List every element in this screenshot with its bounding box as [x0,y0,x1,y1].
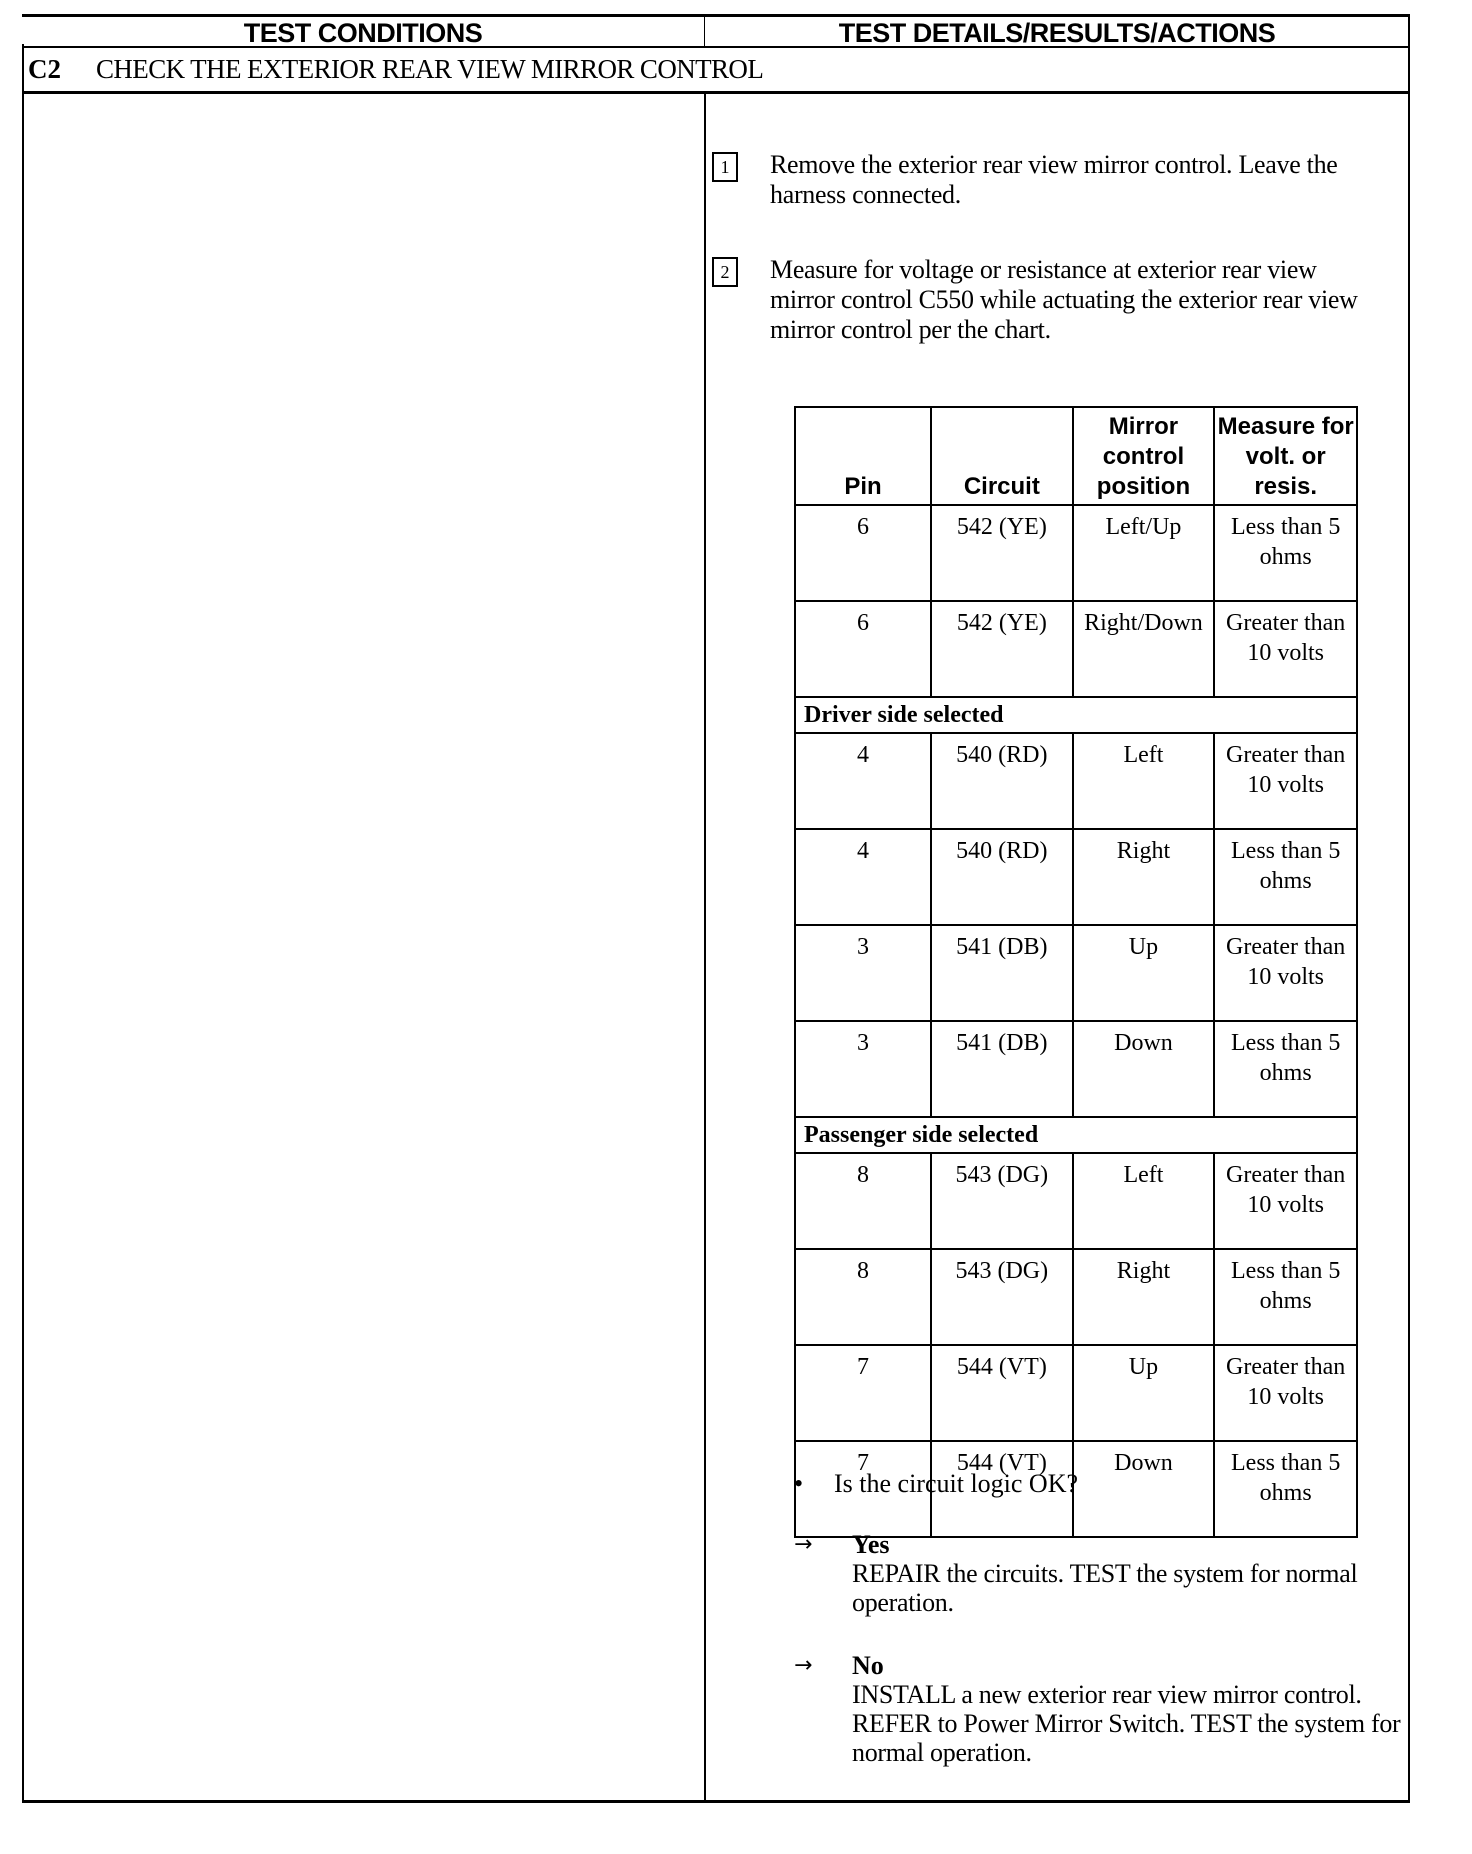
col-header-pin: Pin [795,407,931,505]
cell-position: Down [1073,1021,1215,1117]
table-row: 8543 (DG)RightLess than 5 ohms [795,1249,1357,1345]
cell-circuit: 541 (DB) [931,1021,1072,1117]
cell-position: Left [1073,1153,1215,1249]
cell-measure: Less than 5 ohms [1214,1021,1357,1117]
step-text: Remove the exterior rear view mirror con… [770,150,1370,210]
cell-measure: Greater than 10 volts [1214,601,1357,697]
arrow-right-icon: → [794,1530,812,1559]
cell-position: Right/Down [1073,601,1215,697]
table-row: 6542 (YE)Right/DownGreater than 10 volts [795,601,1357,697]
frame-bottom-border [22,1800,1410,1803]
cell-pin: 7 [795,1345,931,1441]
section-code: C2 [28,54,61,85]
table-row: 8543 (DG)LeftGreater than 10 volts [795,1153,1357,1249]
cell-position: Left [1073,733,1215,829]
cell-pin: 3 [795,1021,931,1117]
cell-circuit: 542 (YE) [931,505,1072,601]
cell-pin: 8 [795,1249,931,1345]
col-header-measure: Measure for volt. or resis. [1214,407,1357,505]
cell-pin: 8 [795,1153,931,1249]
cell-position: Right [1073,1249,1215,1345]
table-row: 4540 (RD)RightLess than 5 ohms [795,829,1357,925]
cell-measure: Less than 5 ohms [1214,505,1357,601]
table-row: 6542 (YE)Left/UpLess than 5 ohms [795,505,1357,601]
col-header-position: Mirror control position [1073,407,1215,505]
answer-yes-text: REPAIR the circuits. TEST the system for… [852,1559,1412,1617]
procedure-frame: TEST CONDITIONS TEST DETAILS/RESULTS/ACT… [22,14,1410,1803]
step-text: Measure for voltage or resistance at ext… [770,255,1370,345]
cell-measure: Less than 5 ohms [1214,1441,1357,1537]
cell-measure: Greater than 10 volts [1214,925,1357,1021]
answer-yes-label: Yes [852,1530,890,1559]
bullet-icon: • [794,1469,803,1499]
col-header-circuit: Circuit [931,407,1072,505]
section-title: CHECK THE EXTERIOR REAR VIEW MIRROR CONT… [96,54,763,85]
cell-measure: Less than 5 ohms [1214,1249,1357,1345]
frame-right-border [1408,14,1410,1803]
cell-circuit: 542 (YE) [931,601,1072,697]
column-header-row: TEST CONDITIONS TEST DETAILS/RESULTS/ACT… [22,14,1410,48]
header-test-conditions: TEST CONDITIONS [22,17,704,46]
passenger-side-section-row: Passenger side selected [795,1117,1357,1153]
cell-position: Right [1073,829,1215,925]
frame-left-border [22,44,24,1803]
table-row: 3541 (DB)DownLess than 5 ohms [795,1021,1357,1117]
answer-no-text: INSTALL a new exterior rear view mirror … [852,1680,1412,1767]
passenger-side-section-label: Passenger side selected [795,1117,1357,1153]
driver-side-section-label: Driver side selected [795,697,1357,733]
cell-measure: Less than 5 ohms [1214,829,1357,925]
column-divider [704,94,706,1803]
cell-circuit: 543 (DG) [931,1249,1072,1345]
question-text: Is the circuit logic OK? [834,1469,1078,1499]
cell-pin: 3 [795,925,931,1021]
table-header-row: Pin Circuit Mirror control position Meas… [795,407,1357,505]
cell-pin: 6 [795,601,931,697]
cell-circuit: 540 (RD) [931,829,1072,925]
cell-circuit: 543 (DG) [931,1153,1072,1249]
section-title-row: C2 CHECK THE EXTERIOR REAR VIEW MIRROR C… [22,48,1410,94]
table-row: 4540 (RD)LeftGreater than 10 volts [795,733,1357,829]
cell-measure: Greater than 10 volts [1214,1345,1357,1441]
cell-pin: 4 [795,829,931,925]
answer-no-label: No [852,1651,884,1680]
cell-position: Left/Up [1073,505,1215,601]
cell-pin: 6 [795,505,931,601]
cell-measure: Greater than 10 volts [1214,1153,1357,1249]
cell-circuit: 540 (RD) [931,733,1072,829]
driver-side-section-row: Driver side selected [795,697,1357,733]
cell-measure: Greater than 10 volts [1214,733,1357,829]
step-number-box: 1 [712,152,738,182]
header-test-details: TEST DETAILS/RESULTS/ACTIONS [704,17,1410,46]
table-body: 6542 (YE)Left/UpLess than 5 ohms6542 (YE… [795,505,1357,1537]
cell-circuit: 541 (DB) [931,925,1072,1021]
cell-position: Up [1073,925,1215,1021]
table-row: 3541 (DB)UpGreater than 10 volts [795,925,1357,1021]
arrow-right-icon: → [794,1651,812,1680]
step-number-box: 2 [712,257,738,287]
cell-circuit: 544 (VT) [931,1345,1072,1441]
table-row: 7544 (VT)UpGreater than 10 volts [795,1345,1357,1441]
cell-pin: 4 [795,733,931,829]
cell-position: Up [1073,1345,1215,1441]
measurement-table: Pin Circuit Mirror control position Meas… [794,406,1358,1538]
cell-position: Down [1073,1441,1215,1537]
